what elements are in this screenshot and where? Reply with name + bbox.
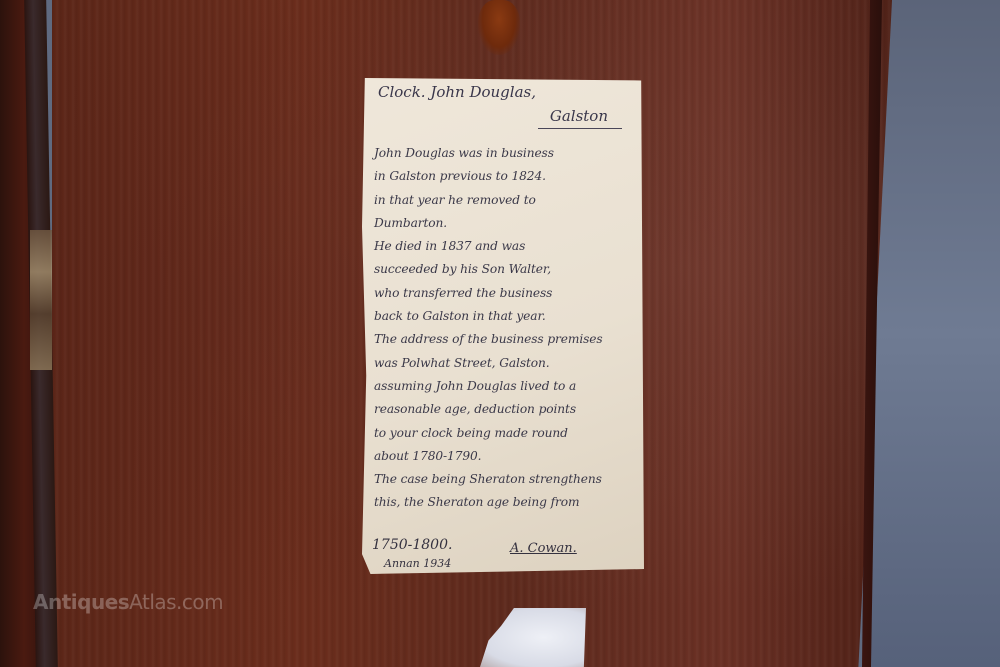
note-line: in that year he removed to — [374, 189, 636, 212]
note-line: He died in 1837 and was — [374, 235, 636, 258]
watermark: AntiquesAtlas.com — [33, 590, 223, 614]
note-heading-place: Galston — [538, 104, 622, 129]
note-line: reasonable age, deduction points — [374, 398, 636, 421]
note-line: Dumbarton. — [374, 212, 636, 235]
handwritten-note: Clock. John Douglas, Galston John Dougla… — [362, 78, 644, 574]
brass-hinge — [30, 230, 52, 370]
note-line: this, the Sheraton age being from — [374, 491, 636, 514]
glue-stain — [478, 0, 520, 55]
note-heading: Clock. John Douglas, Galston — [378, 80, 628, 129]
note-line: to your clock being made round — [374, 422, 636, 445]
watermark-bold: Antiques — [33, 590, 129, 614]
note-body: John Douglas was in business in Galston … — [374, 142, 636, 515]
note-heading-title: Clock. John Douglas, — [378, 83, 536, 101]
signature: A. Cowan. — [510, 541, 577, 556]
watermark-rest: Atlas.com — [129, 590, 223, 614]
note-line: The address of the business premises — [374, 328, 636, 351]
note-line: was Polwhat Street, Galston. — [374, 352, 636, 375]
note-line: about 1780-1790. — [374, 445, 636, 468]
note-line: back to Galston in that year. — [374, 305, 636, 328]
note-line: John Douglas was in business — [374, 142, 636, 165]
place-and-year: Annan 1934 — [384, 557, 451, 570]
note-line: assuming John Douglas lived to a — [374, 375, 636, 398]
grey-backdrop — [870, 0, 1000, 667]
sheraton-dates: 1750-1800. — [372, 537, 452, 553]
note-line: in Galston previous to 1824. — [374, 165, 636, 188]
note-line: who transferred the business — [374, 282, 636, 305]
note-line: succeeded by his Son Walter, — [374, 258, 636, 281]
note-signoff: 1750-1800. A. Cowan. Annan 1934 — [372, 535, 634, 573]
photo-scene: Clock. John Douglas, Galston John Dougla… — [0, 0, 1000, 667]
note-line: The case being Sheraton strengthens — [374, 468, 636, 491]
